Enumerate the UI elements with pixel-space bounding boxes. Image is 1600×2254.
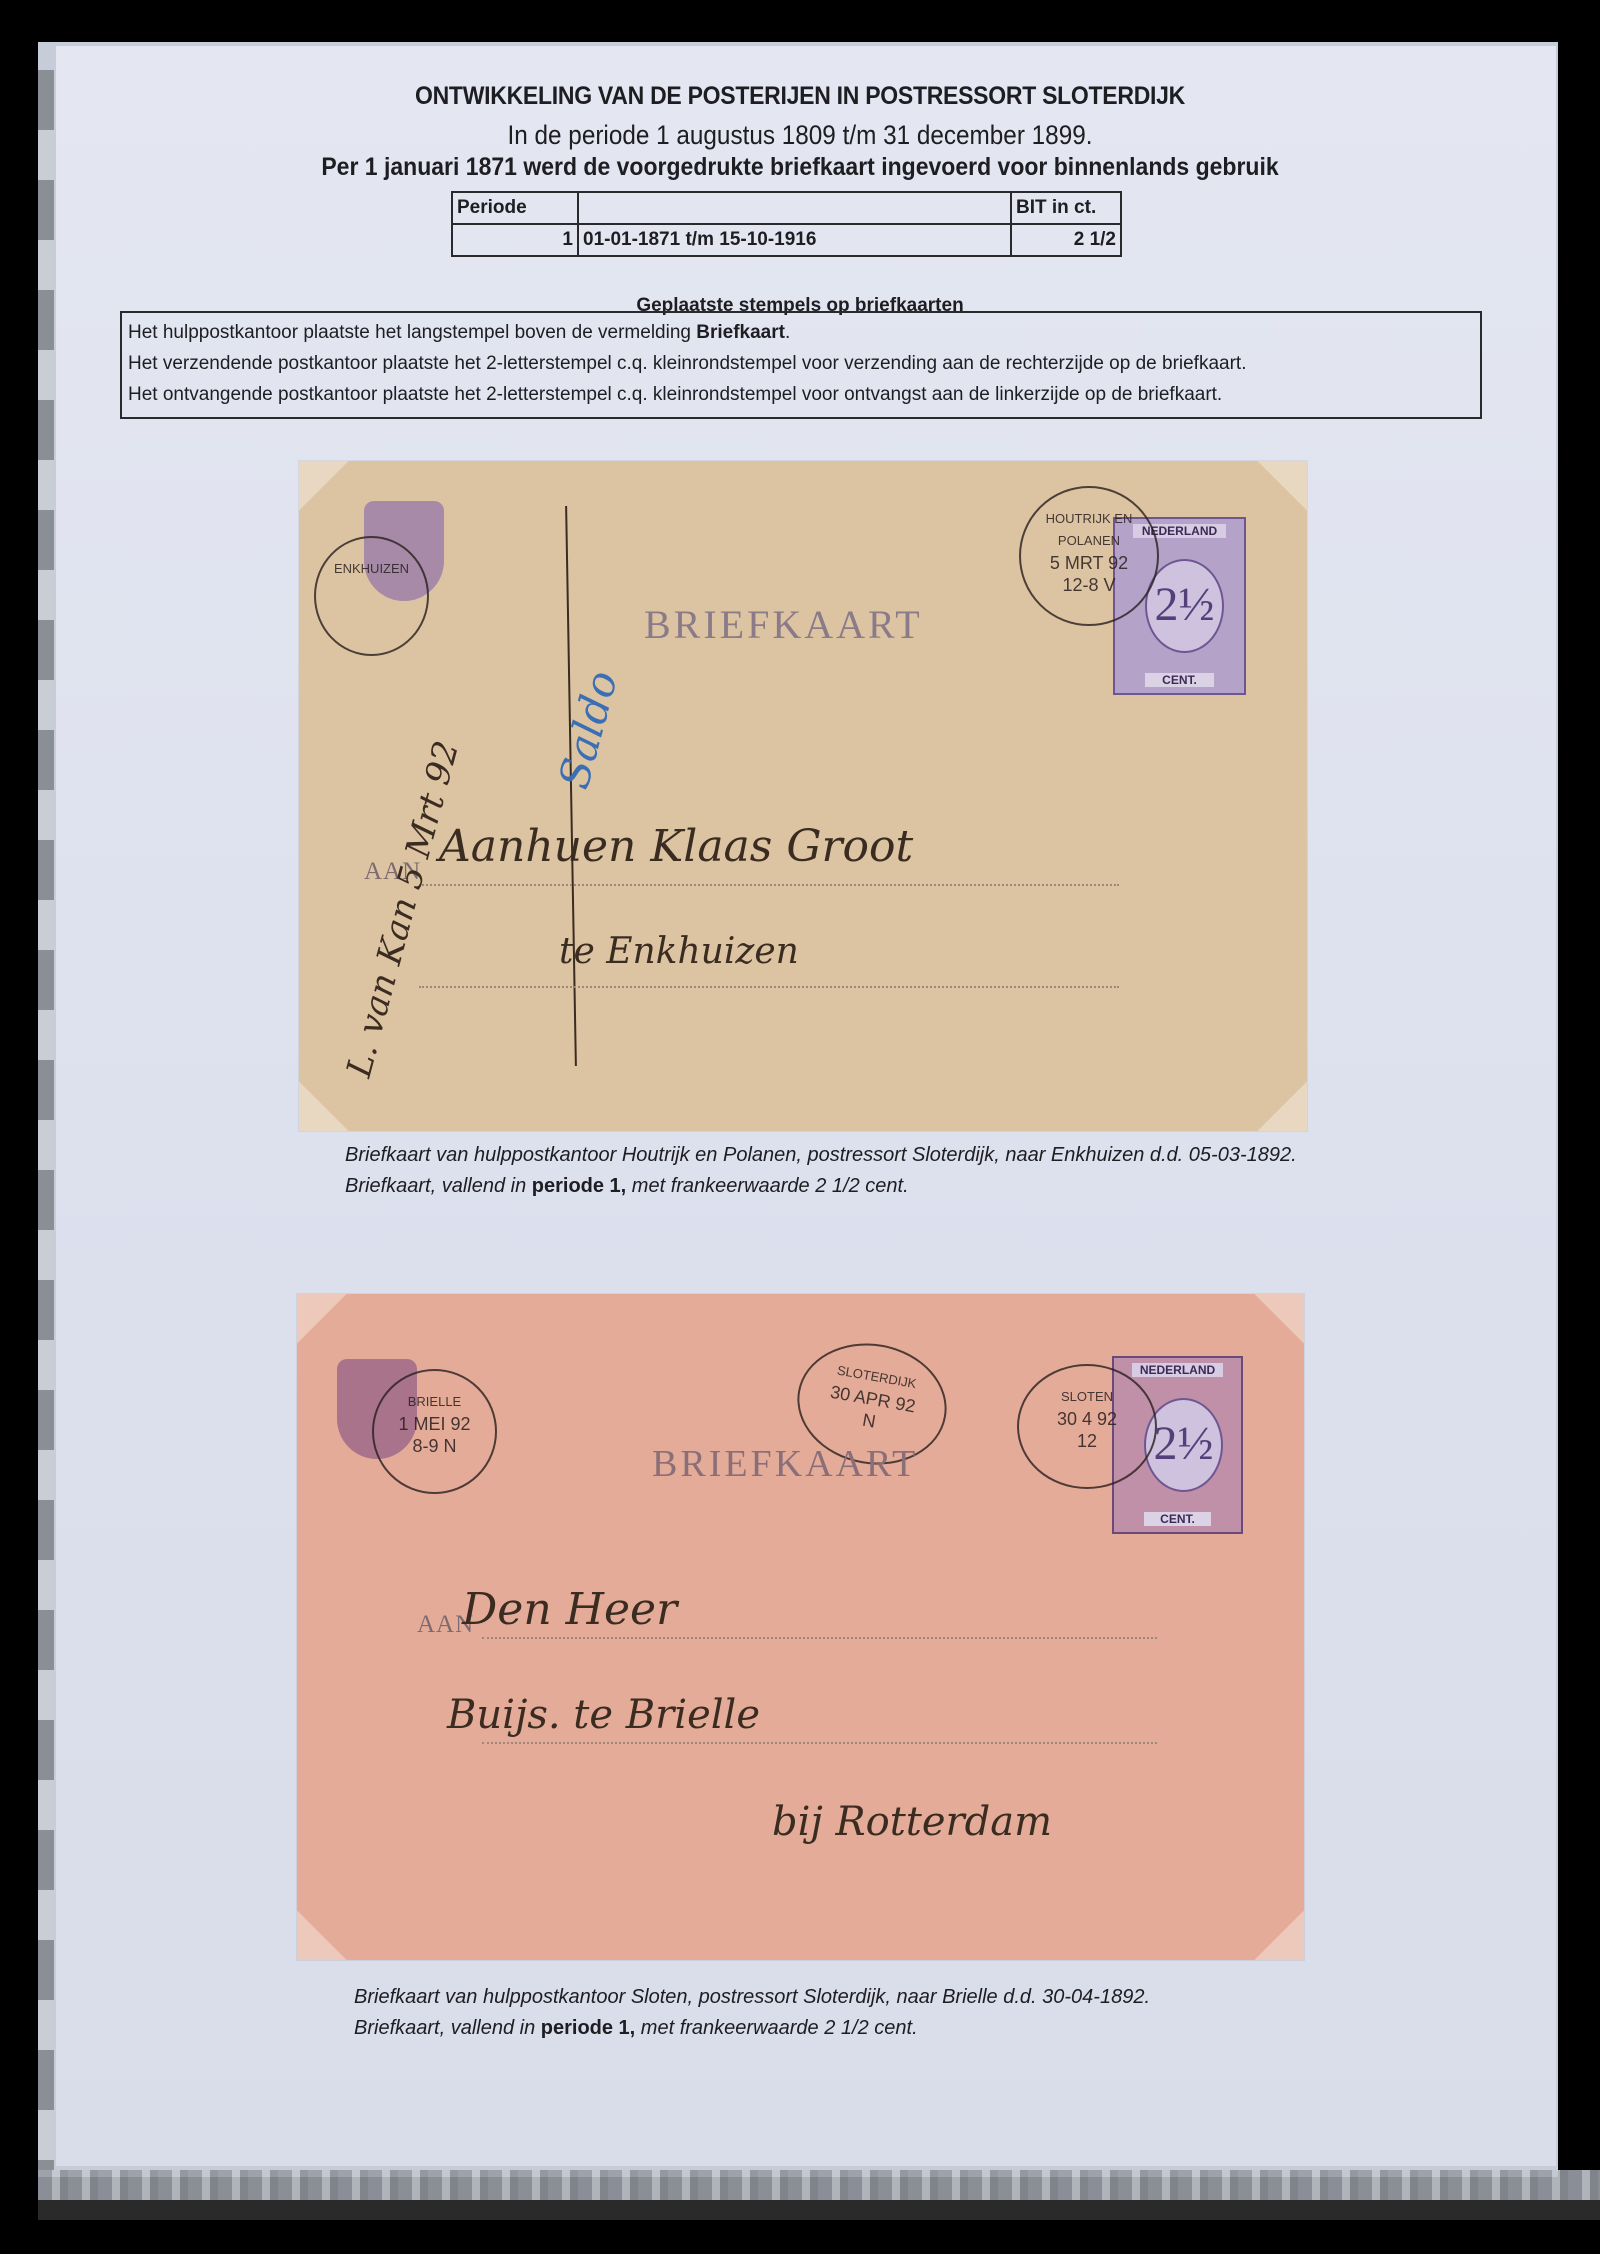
card-label: BRIEFKAART — [644, 601, 923, 648]
postcard-houtrijk: ENKHUIZEN BRIEFKAART NEDERLAND 2½ CENT. … — [299, 461, 1307, 1131]
stempel-line-bold: Briefkaart — [696, 322, 785, 343]
page-subtitle: In de periode 1 augustus 1809 t/m 31 dec… — [80, 120, 1520, 151]
postmark-houtrijk: HOUTRIJK EN POLANEN 5 MRT 92 12-8 V — [1019, 486, 1159, 626]
period-table: Periode BIT in ct. 1 01-01-1871 t/m 15-1… — [451, 191, 1122, 257]
binder-strip — [38, 2170, 1600, 2200]
stempel-line: Het verzendende postkantoor plaatste het… — [128, 348, 1474, 379]
mount-corner — [297, 1294, 346, 1343]
address-dotted-line — [419, 884, 1119, 886]
address-dotted-line — [482, 1637, 1157, 1639]
address-dotted-line — [482, 1742, 1157, 1744]
cell-bit: 2 1/2 — [1011, 224, 1121, 256]
address-line: te Enkhuizen — [559, 931, 799, 972]
binder-edge — [38, 70, 54, 2170]
address-line: Den Heer — [462, 1584, 677, 1635]
cell-periode: 1 — [452, 224, 578, 256]
postmark-sloten: SLOTEN 30 4 92 12 — [1017, 1364, 1157, 1489]
blue-annotation: Saldo — [549, 666, 627, 794]
binder-shadow — [38, 2200, 1600, 2220]
table-header-row: Periode BIT in ct. — [452, 192, 1121, 224]
postmark-enkhuizen: ENKHUIZEN — [314, 536, 429, 656]
mount-corner — [299, 1082, 348, 1131]
mount-corner — [1255, 1294, 1304, 1343]
address-line: Aanhuen Klaas Groot — [439, 821, 913, 872]
page-intro: Per 1 januari 1871 werd de voorgedrukte … — [64, 153, 1536, 182]
stamp-value: 2½ — [1144, 1398, 1223, 1492]
table-row: 1 01-01-1871 t/m 15-10-1916 2 1/2 — [452, 224, 1121, 256]
header-range — [578, 192, 1011, 224]
stempel-line: Het hulppostkantoor plaatste het langste… — [128, 317, 1474, 348]
caption-card-2: Briefkaart van hulppostkantoor Sloten, p… — [354, 1982, 1150, 2044]
address-line: bij Rotterdam — [772, 1799, 1052, 1845]
mount-corner — [297, 1911, 346, 1960]
card-label: BRIEFKAART — [652, 1442, 918, 1486]
header-bit: BIT in ct. — [1011, 192, 1121, 224]
postmark-brielle: BRIELLE 1 MEI 92 8-9 N — [372, 1369, 497, 1494]
stempels-box: Het hulppostkantoor plaatste het langste… — [120, 311, 1482, 419]
mount-corner — [1258, 461, 1307, 510]
page-title: ONTWIKKELING VAN DE POSTERIJEN IN POSTRE… — [64, 82, 1536, 111]
header-periode: Periode — [452, 192, 578, 224]
address-dotted-line — [419, 986, 1119, 988]
caption-card-1: Briefkaart van hulppostkantoor Houtrijk … — [345, 1140, 1297, 1202]
sender-note: L. van Kan 5 Mrt 92 — [339, 737, 467, 1082]
address-line: Buijs. te Brielle — [447, 1692, 760, 1738]
postcard-sloten: BRIELLE 1 MEI 92 8-9 N SLOTERDIJK 30 APR… — [297, 1294, 1304, 1960]
mount-corner — [299, 461, 348, 510]
cell-range: 01-01-1871 t/m 15-10-1916 — [578, 224, 1011, 256]
stempel-line: Het ontvangende postkantoor plaatste het… — [128, 379, 1474, 410]
mount-corner — [1255, 1911, 1304, 1960]
mount-corner — [1258, 1082, 1307, 1131]
